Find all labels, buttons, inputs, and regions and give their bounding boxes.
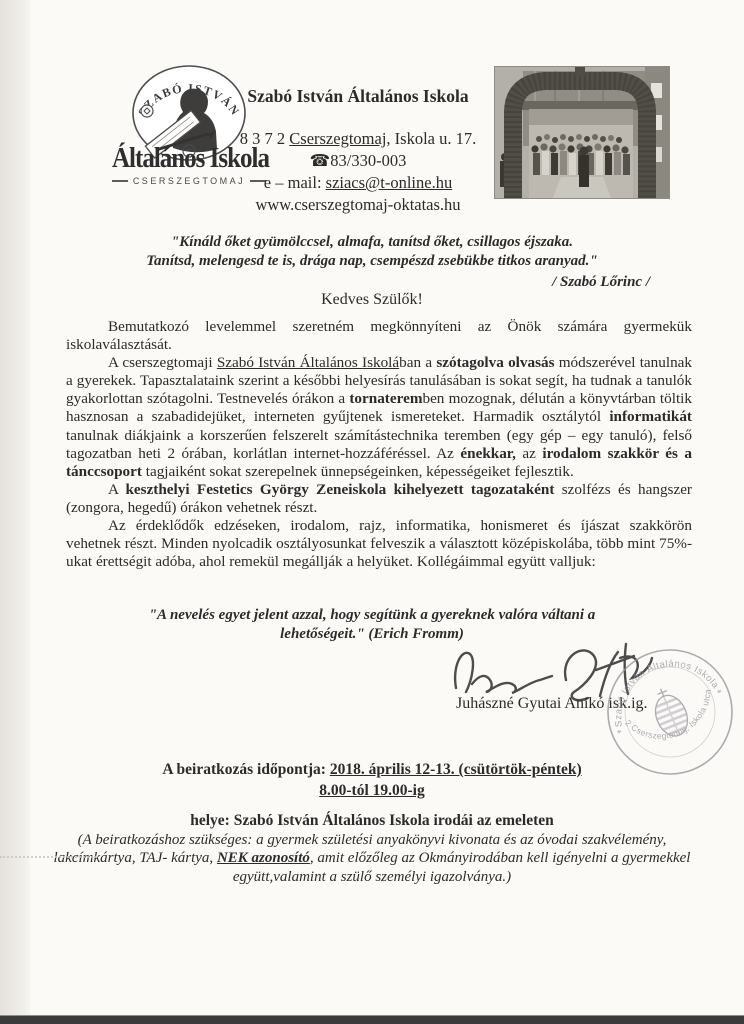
scan-edge-strip [0, 0, 30, 1024]
text-segment: keszthelyi Festetics György Zeneiskola k… [125, 481, 554, 498]
text-segment: Szabó István Általános Iskolá [217, 354, 399, 371]
paragraph: Az érdeklődők edzéseken, irodalom, rajz,… [66, 517, 692, 571]
phone-line: ☎83/330-003 [210, 150, 506, 172]
school-name: Szabó István Általános Iskola [210, 86, 506, 107]
enrollment-date-line: A beiratkozás időpontja: 2018. április 1… [0, 761, 744, 779]
enrollment-date: 2018. április 12-13. (csütörtök-péntek) [330, 761, 582, 778]
paragraph: A cserszegtomaji Szabó István Általános … [66, 354, 692, 481]
text-segment: A cserszegtomaji [108, 354, 217, 371]
scanned-letter-page: SZABÓ ISTVÁN Általános Iskola CSERSZEGTO… [0, 0, 744, 1024]
website-line: www.cserszegtomaj-oktatas.hu [210, 194, 506, 216]
stamp-separator: * [716, 687, 725, 699]
letter-body: Bemutatkozó levelemmel szeretném megkönn… [66, 318, 692, 571]
text-segment: szótagolva olvasás [436, 354, 554, 371]
enrollment-note: (A beiratkozáshoz szükséges: a gyermek s… [52, 831, 692, 886]
enrollment-time: 8.00-tól 19.00-ig [319, 782, 424, 799]
seal-icon [141, 105, 153, 117]
postal-code: 8 3 7 2 [240, 129, 290, 148]
enrollment-time-line: 8.00-tól 19.00-ig [0, 782, 744, 800]
scan-edge-bottom-bar [0, 1015, 744, 1024]
quote-line: Tanítsd, melengesd te is, drága nap, cse… [0, 252, 744, 271]
letterhead-contact-block: Szabó István Általános Iskola 8 3 7 2 Cs… [210, 86, 506, 216]
street-address: , Iskola u. 17. [386, 129, 476, 148]
address-line: 8 3 7 2 Cserszegtomaj, Iskola u. 17. [210, 128, 506, 150]
email-address-link: sziacs@t-online.hu [326, 173, 453, 192]
phone-number: 83/330-003 [330, 151, 406, 170]
phone-icon: ☎ [310, 151, 331, 170]
quote-line: "A nevelés egyet jelent azzal, hogy segí… [0, 606, 744, 625]
text-segment: NEK azonosító [217, 850, 310, 866]
email-label: e – mail: [264, 173, 326, 192]
text-segment: tornaterem [349, 390, 422, 407]
text-segment: A [108, 481, 125, 498]
paragraph: A keszthelyi Festetics György Zeneiskola… [66, 481, 692, 517]
enrollment-place-line: helye: Szabó István Általános Iskola iro… [0, 812, 744, 830]
text-segment: ban a [399, 354, 436, 371]
scan-artifact-line [0, 856, 96, 858]
enrollment-label: A beiratkozás időpontja: [162, 761, 330, 778]
text-segment: informatikát [609, 408, 692, 425]
opening-quote: "Kínáld őket gyümölccsel, almafa, taníts… [0, 233, 744, 292]
text-segment: az [516, 445, 542, 462]
quote-attribution: / Szabó Lőrinc / [0, 273, 744, 292]
city-name: Cserszegtomaj [289, 129, 386, 148]
stamp-separator: * [616, 728, 625, 740]
text-segment: énekkar, [460, 445, 516, 462]
school-entrance-photo [494, 66, 670, 199]
email-line: e – mail: sziacs@t-online.hu [210, 172, 506, 194]
text-segment: Az érdeklődők edzéseken, irodalom, rajz,… [66, 517, 692, 570]
text-segment: Bemutatkozó levelemmel szeretném megkönn… [66, 318, 692, 353]
text-segment: tagjaiként sokat szerepelnek ünnepségein… [142, 463, 574, 480]
salutation: Kedves Szülők! [0, 291, 744, 309]
paragraph: Bemutatkozó levelemmel szeretném megkönn… [66, 318, 692, 354]
quote-line: "Kínáld őket gyümölccsel, almafa, taníts… [0, 233, 744, 252]
